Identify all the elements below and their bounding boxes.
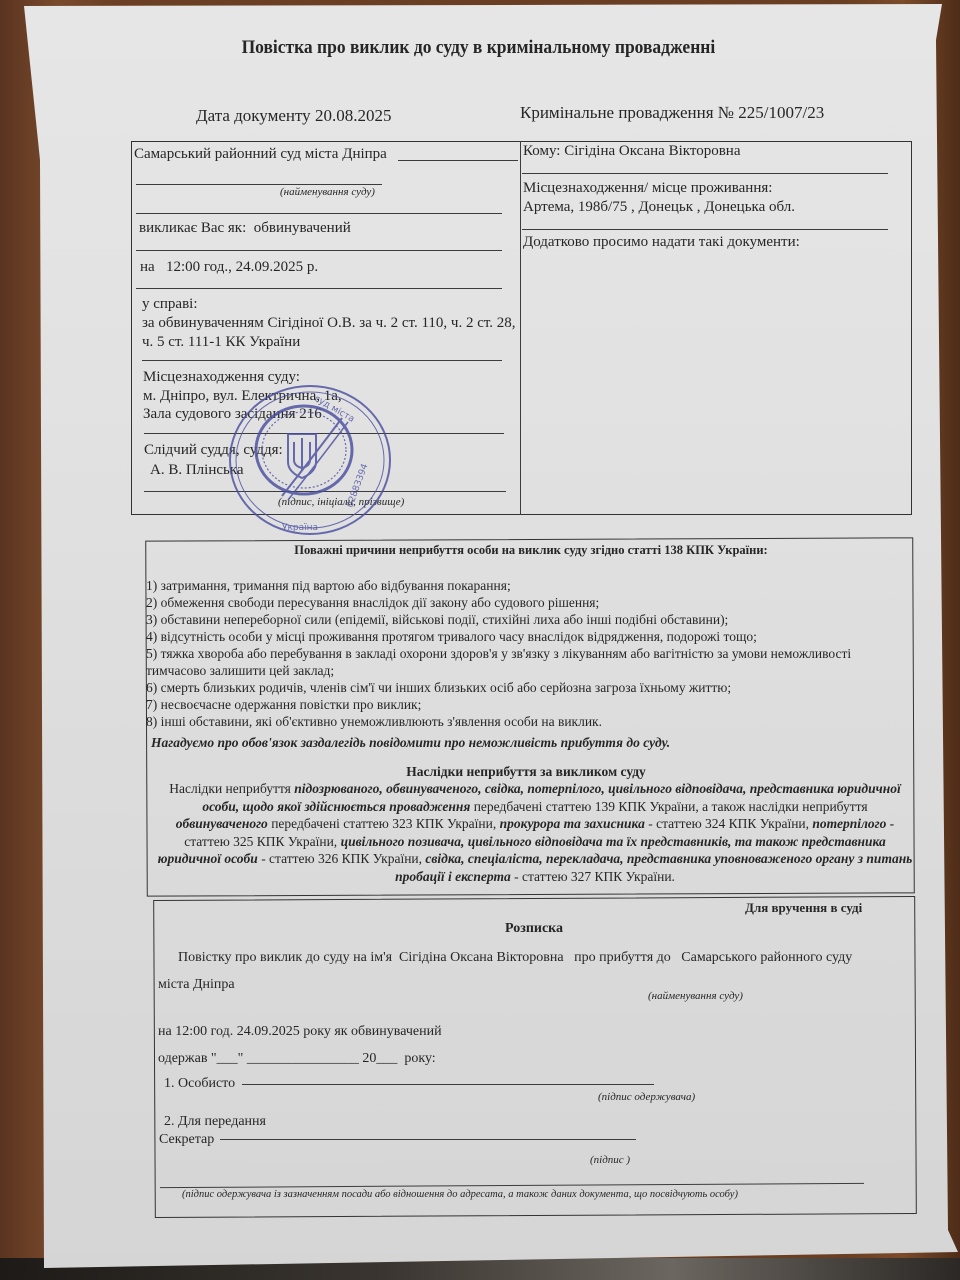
judge-caption: (підпис, ініціали, прізвище): [278, 496, 404, 508]
receipt-time-line: на 12:00 год. 24.09.2025 року як обвинув…: [158, 1024, 442, 1040]
reason-item: 4) відсутність особи у місці проживання …: [146, 628, 851, 645]
reason-item: 8) інші обставини, які об'єктивно унемож…: [146, 713, 851, 730]
secretary-caption: (підпис ): [590, 1154, 630, 1166]
transfer-label: 2. Для передання: [164, 1114, 266, 1130]
recipient-signature-caption: (підпис одержувача із зазначенням посади…: [182, 1189, 738, 1200]
court-name-caption: (найменування суду): [280, 186, 375, 198]
personal-signature-line: [242, 1084, 654, 1085]
court-location: Місцезнаходження суду: м. Дніпро, вул. Е…: [143, 368, 342, 424]
reason-item: 6) смерть близьких родичів, членів сім'ї…: [146, 679, 851, 696]
consequences-text: Наслідки неприбуття підозрюваного, обвин…: [150, 780, 920, 885]
reasons-heading: Поважні причини неприбуття особи на викл…: [146, 543, 916, 558]
receipt-received-line: одержав "___" ________________ 20___ рок…: [158, 1051, 436, 1067]
receipt-line-1: Повістку про виклик до суду на ім'я Сігі…: [178, 950, 852, 966]
case-number: Кримінальне провадження № 225/1007/23: [520, 103, 824, 123]
secretary-label: Секретар: [159, 1132, 214, 1148]
judge-name: А. В. Плінська: [144, 460, 283, 480]
receipt-court-caption: (найменування суду): [648, 990, 743, 1002]
recipient-residence: Місцезнаходження/ місце проживання: Арте…: [523, 179, 795, 217]
hearing-time: на 12:00 год., 24.09.2025 р.: [140, 259, 318, 276]
recipient: Кому: Сігідіна Оксана Вікторовна: [523, 143, 740, 160]
consequences-heading: Наслідки неприбуття за викликом суду: [146, 764, 906, 780]
personal-signature-label: 1. Особисто: [164, 1076, 235, 1092]
reason-item: 2) обмеження свободи пересування внаслід…: [146, 594, 851, 611]
reason-item: 3) обставини непереборної сили (епідемії…: [146, 611, 851, 628]
receipt-corner-note: Для вручення в суді: [745, 900, 862, 916]
document-date: Дата документу 20.08.2025: [196, 106, 391, 126]
documents-request: Додатково просимо надати такі документи:: [523, 234, 800, 251]
judge-block: Слідчий суддя, суддя: А. В. Плінська: [144, 440, 283, 480]
court-name: Самарський районний суд міста Дніпра: [134, 146, 387, 163]
receipt-title: Розписка: [154, 921, 914, 937]
summons-document: Повістка про виклик до суду в кримінальн…: [0, 0, 960, 1280]
reasons-list: 1) затримання, тримання під вартою або в…: [146, 577, 851, 730]
page-title: Повістка про виклик до суду в кримінальн…: [0, 37, 957, 59]
reason-item: 5) тяжка хвороба або перебування в закла…: [146, 645, 851, 662]
summons-role: викликає Вас як: обвинувачений: [139, 220, 351, 237]
reason-item: тимчасово залишити цей заклад;: [146, 662, 851, 679]
reason-item: 7) несвоєчасне одержання повістки про ви…: [146, 696, 851, 713]
receipt-line-2: міста Дніпра: [158, 977, 235, 993]
svg-text:Україна: Україна: [282, 523, 318, 533]
reminder-note: Нагадуємо про обов'язок заздалегідь пові…: [151, 735, 670, 751]
secretary-signature-line: [220, 1139, 636, 1140]
case-description: у справі: за обвинуваченням Сігідіної О.…: [142, 295, 516, 352]
reason-item: 1) затримання, тримання під вартою або в…: [146, 577, 851, 594]
column-divider: [520, 141, 521, 515]
personal-signature-caption: (підпис одержувача): [598, 1091, 695, 1103]
